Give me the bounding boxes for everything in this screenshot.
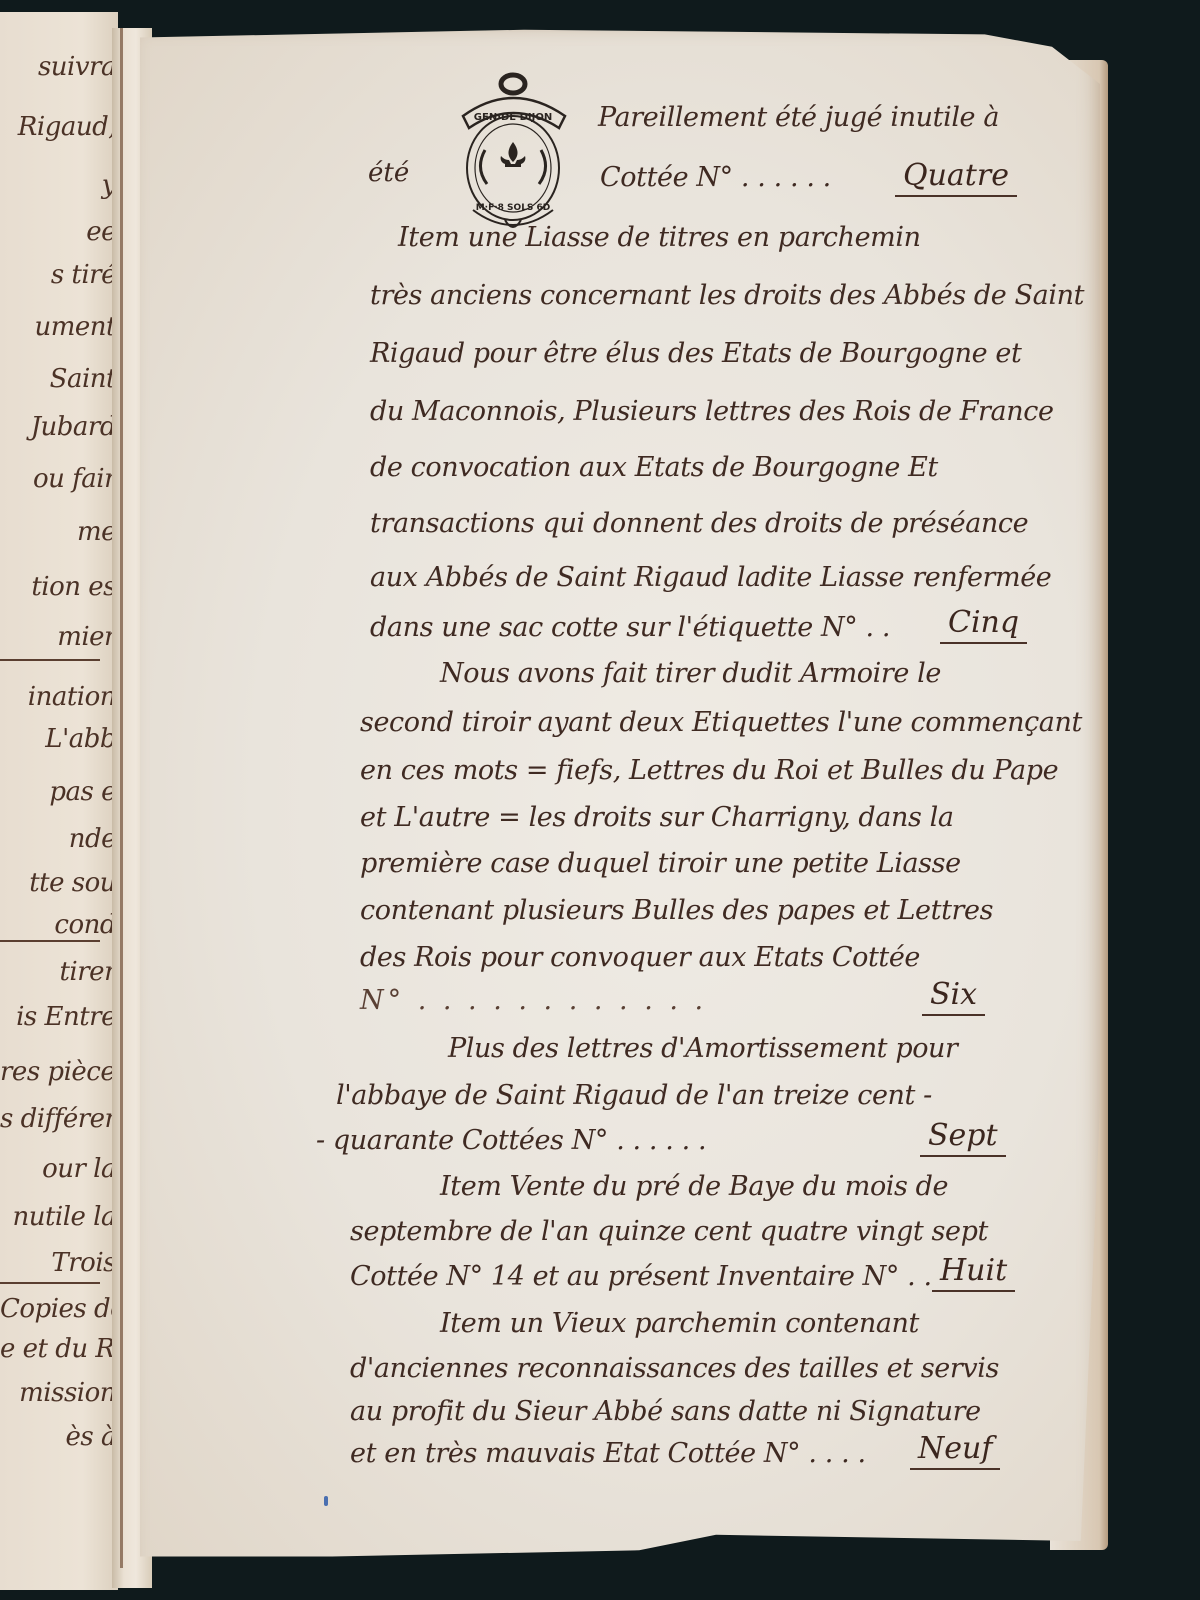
left-fragment: ument: [0, 312, 116, 342]
left-fragment: tirer: [0, 957, 116, 987]
left-fragment: tion es: [0, 572, 116, 602]
manuscript-line: Item un Vieux parchemin contenant: [440, 1308, 919, 1339]
manuscript-line: d'anciennes reconnaissances des tailles …: [350, 1353, 999, 1384]
left-fragment: pas e: [0, 777, 116, 807]
left-fragment: ès à: [0, 1422, 116, 1452]
svg-text:M·F·8 SOLS 6D: M·F·8 SOLS 6D: [476, 203, 551, 213]
cote-number: Six: [922, 977, 985, 1016]
manuscript-line: des Rois pour convoquer aux Etats Cottée: [360, 942, 920, 973]
manuscript-line: - quarante Cottées N° . . . . . .: [316, 1125, 706, 1156]
manuscript-line: second tiroir ayant deux Etiquettes l'un…: [360, 707, 1082, 738]
cote-number: Huit: [932, 1253, 1015, 1292]
manuscript-line: contenant plusieurs Bulles des papes et …: [360, 895, 993, 926]
left-fragment: ination: [0, 682, 116, 712]
manuscript-line: aux Abbés de Saint Rigaud ladite Liasse …: [370, 562, 1051, 593]
cote-number: Neuf: [910, 1431, 1000, 1470]
manuscript-line: dans une sac cotte sur l'étiquette N° . …: [370, 612, 890, 643]
left-fragment: res pièces: [0, 1057, 116, 1087]
spine-fold-line: [120, 28, 123, 1568]
left-fragment: Saint: [0, 364, 116, 394]
manuscript-line: et en très mauvais Etat Cottée N° . . . …: [350, 1438, 866, 1469]
manuscript-line: Item Vente du pré de Baye du mois de: [440, 1171, 948, 1202]
manuscript-line: transactions qui donnent des droits de p…: [370, 508, 1028, 539]
manuscript-line: N° . . . . . . . . . . . .: [360, 985, 707, 1016]
underline: [0, 940, 100, 942]
left-fragment: me: [0, 517, 116, 547]
underline: [0, 1282, 100, 1284]
manuscript-line: Pareillement été jugé inutile à: [598, 102, 999, 133]
left-fragment: nde: [0, 824, 116, 854]
manuscript-line: première case duquel tiroir une petite L…: [360, 848, 961, 879]
left-fragment: suivra: [0, 52, 116, 82]
cote-number: Cinq: [940, 605, 1027, 644]
manuscript-line: en ces mots = fiefs, Lettres du Roi et B…: [360, 755, 1058, 786]
left-fragment: tte sou: [0, 868, 116, 898]
left-fragment: Jubard: [0, 412, 116, 442]
manuscript-line: très anciens concernant les droits des A…: [370, 280, 1084, 311]
left-fragment: Copies des: [0, 1294, 116, 1324]
fiscal-stamp-icon: GEN·DE DIJON M·F·8 SOLS 6D: [443, 70, 583, 240]
left-fragment: s tiré: [0, 260, 116, 290]
left-fragment: is Entre: [0, 1002, 116, 1032]
left-fragment: ee: [0, 217, 116, 247]
left-fragment: mier: [0, 622, 116, 652]
manuscript-line: Nous avons fait tirer dudit Armoire le: [440, 658, 941, 689]
underline: [0, 659, 100, 661]
left-fragment: Rigaud,: [0, 112, 116, 142]
left-page-fragment: suivra Rigaud, y ee s tiré ument Saint J…: [0, 12, 118, 1590]
manuscript-line: l'abbaye de Saint Rigaud de l'an treize …: [336, 1080, 932, 1111]
cote-number: Quatre: [895, 158, 1017, 197]
manuscript-line: et L'autre = les droits sur Charrigny, d…: [360, 802, 954, 833]
left-fragment: s différen: [0, 1104, 116, 1134]
manuscript-line: Plus des lettres d'Amortissement pour: [448, 1033, 958, 1064]
margin-note: été: [368, 158, 409, 188]
left-fragment: e et du Roi: [0, 1334, 116, 1364]
left-fragment: cond: [0, 910, 116, 940]
left-fragment: nutile la: [0, 1202, 116, 1232]
manuscript-line: de convocation aux Etats de Bourgogne Et: [370, 452, 938, 483]
manuscript-line: au profit du Sieur Abbé sans datte ni Si…: [350, 1396, 981, 1427]
left-fragment: y: [0, 170, 116, 200]
manuscript-page: [140, 22, 1100, 1572]
left-fragment: L'abb: [0, 724, 116, 754]
manuscript-line: Cottée N° 14 et au présent Inventaire N°…: [350, 1261, 932, 1292]
left-fragment: mission: [0, 1378, 116, 1408]
manuscript-line: Item une Liasse de titres en parchemin: [398, 222, 921, 253]
left-fragment: ou fair: [0, 464, 116, 494]
left-fragment: our la: [0, 1154, 116, 1184]
blue-ink-mark: [324, 1496, 328, 1506]
svg-text:GEN·DE DIJON: GEN·DE DIJON: [474, 112, 552, 123]
left-fragment: Trois: [0, 1248, 116, 1278]
manuscript-line: du Maconnois, Plusieurs lettres des Rois…: [370, 396, 1054, 427]
cote-number: Sept: [920, 1118, 1006, 1157]
manuscript-line: Cottée N° . . . . . .: [600, 162, 831, 193]
manuscript-line: Rigaud pour être élus des Etats de Bourg…: [370, 338, 1021, 369]
manuscript-line: septembre de l'an quinze cent quatre vin…: [350, 1216, 988, 1247]
